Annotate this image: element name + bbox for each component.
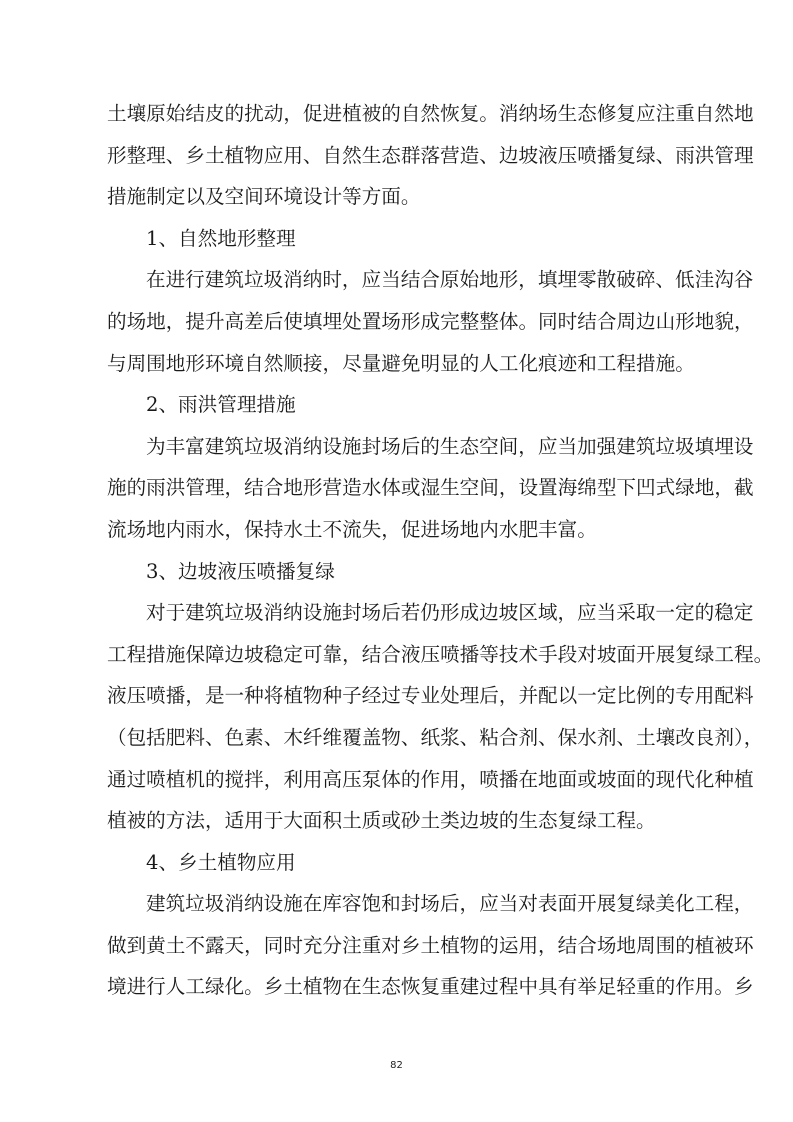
body-text-line: 与周围地形环境自然顺接，尽量避免明显的人工化痕迹和工程措施。	[107, 343, 719, 385]
body-text-line: 在进行建筑垃圾消纳时，应当结合原始地形，填埋零散破碎、低洼沟谷	[107, 259, 719, 301]
body-text-line: 境进行人工绿化。乡土植物在生态恢复重建过程中具有举足轻重的作用。乡	[107, 966, 719, 1008]
body-text-line: 流场地内雨水，保持水土不流失，促进场地内水肥丰富。	[107, 509, 719, 551]
body-text-line: 建筑垃圾消纳设施在库容饱和封场后，应当对表面开展复绿美化工程，	[107, 883, 719, 925]
body-text-line: 通过喷植机的搅拌，利用高压泵体的作用，喷播在地面或坡面的现代化种植	[107, 759, 719, 801]
body-text-line: 土壤原始结皮的扰动，促进植被的自然恢复。消纳场生态修复应注重自然地	[107, 93, 719, 135]
body-text-line: 施的雨洪管理，结合地形营造水体或湿生空间，设置海绵型下凹式绿地，截	[107, 467, 719, 509]
section-heading-3: 3、边坡液压喷播复绿	[107, 551, 719, 593]
section-heading-1: 1、自然地形整理	[107, 218, 719, 260]
body-text-line: 对于建筑垃圾消纳设施封场后若仍形成边坡区域，应当采取一定的稳定	[107, 592, 719, 634]
document-page: 土壤原始结皮的扰动，促进植被的自然恢复。消纳场生态修复应注重自然地 形整理、乡土…	[107, 93, 719, 1008]
section-heading-4: 4、乡土植物应用	[107, 842, 719, 884]
body-text-line: 植被的方法，适用于大面积土质或砂土类边坡的生态复绿工程。	[107, 800, 719, 842]
body-text-line: 为丰富建筑垃圾消纳设施封场后的生态空间，应当加强建筑垃圾填埋设	[107, 426, 719, 468]
page-number: 82	[0, 1060, 793, 1071]
body-text-line: 做到黄土不露天，同时充分注重对乡土植物的运用，结合场地周围的植被环	[107, 925, 719, 967]
body-text-line: 液压喷播，是一种将植物种子经过专业处理后，并配以一定比例的专用配料	[107, 675, 719, 717]
body-text-line: 措施制定以及空间环境设计等方面。	[107, 176, 719, 218]
section-heading-2: 2、雨洪管理措施	[107, 384, 719, 426]
body-text-line: （包括肥料、色素、木纤维覆盖物、纸浆、粘合剂、保水剂、土壤改良剂），	[107, 717, 719, 759]
body-text-line: 工程措施保障边坡稳定可靠，结合液压喷播等技术手段对坡面开展复绿工程。	[107, 634, 719, 676]
body-text-line: 形整理、乡土植物应用、自然生态群落营造、边坡液压喷播复绿、雨洪管理	[107, 135, 719, 177]
body-text-line: 的场地，提升高差后使填埋处置场形成完整整体。同时结合周边山形地貌，	[107, 301, 719, 343]
